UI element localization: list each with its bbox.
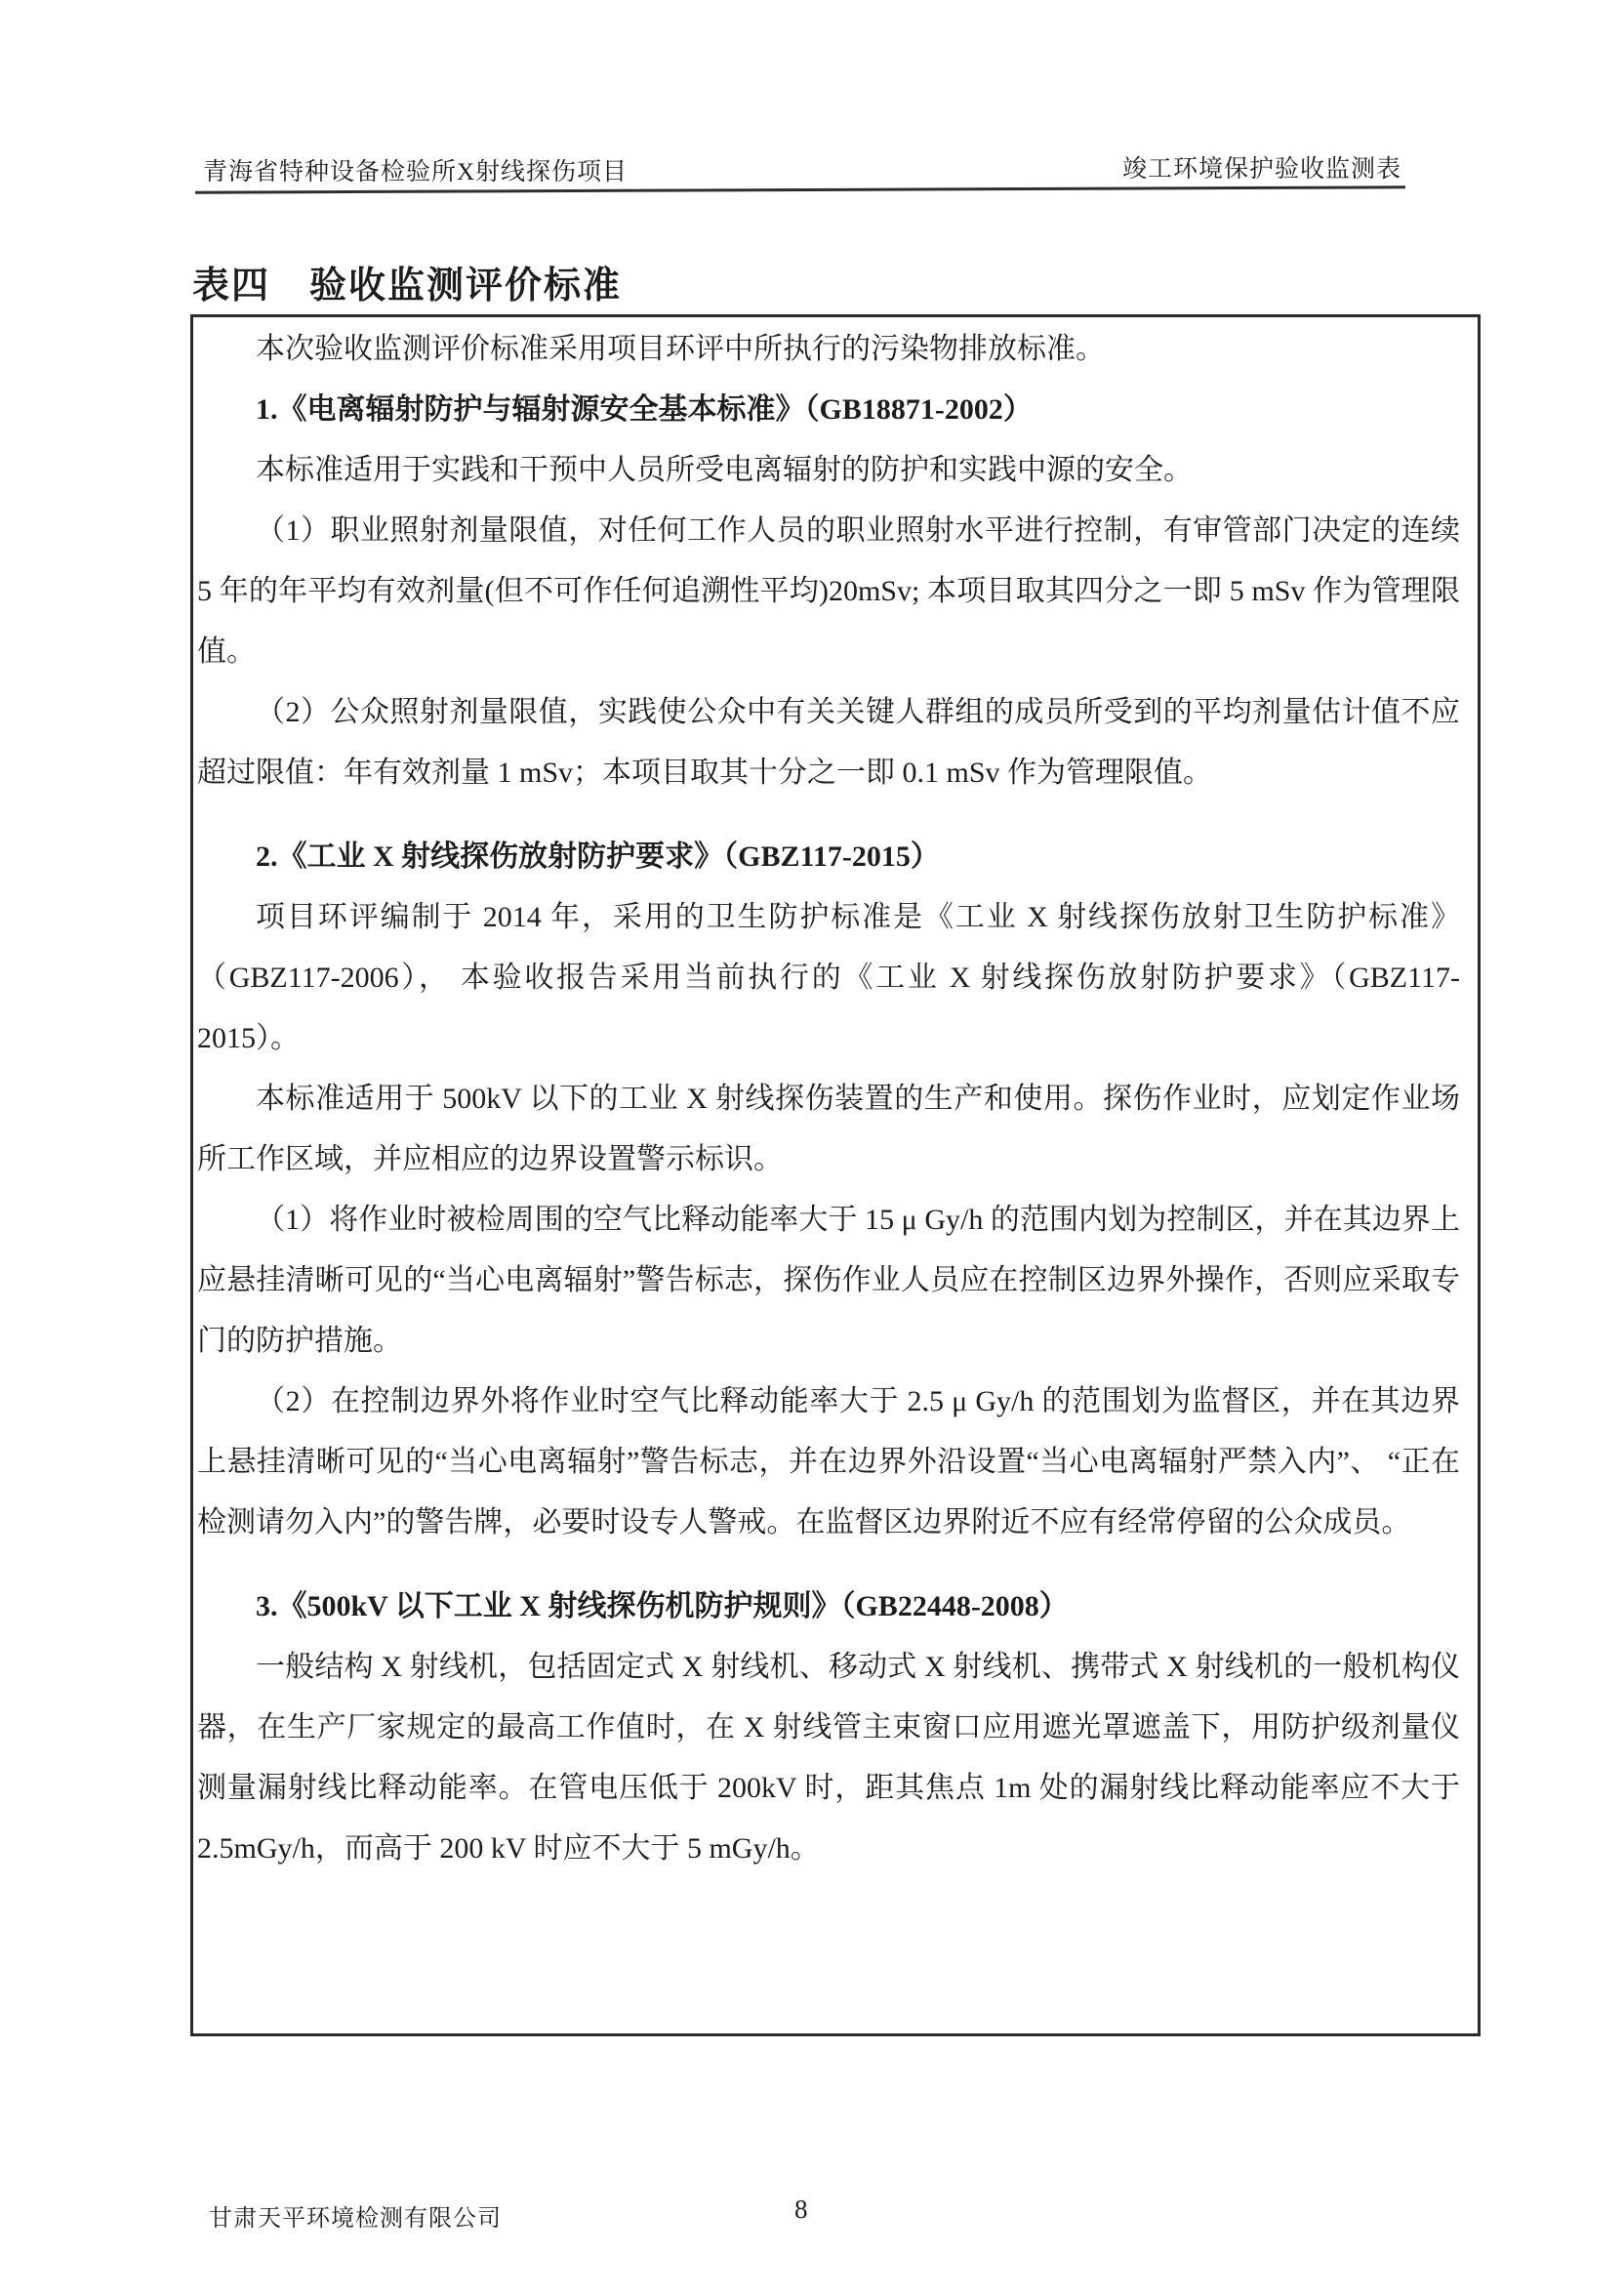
standard-2-item-2: （2）在控制边界外将作业时空气比释动能率大于 2.5 μ Gy/h 的范围划为监… bbox=[197, 1372, 1460, 1553]
footer-company-name: 甘肃天平环境检测有限公司 bbox=[209, 2198, 502, 2233]
standard-1-item-2: （2）公众照射剂量限值，实践使公众中有关关键人群组的成员所受到的平均剂量估计值不… bbox=[197, 682, 1460, 803]
header-project-name: 青海省特种设备检验所X射线探伤项目 bbox=[203, 152, 628, 187]
page-title: 表四 验收监测评价标准 bbox=[192, 255, 622, 308]
header-document-name: 竣工环境保护验收监测表 bbox=[1122, 149, 1401, 184]
standard-1-scope: 本标准适用于实践和干预中人员所受电离辐射的防护和实践中源的安全。 bbox=[197, 440, 1460, 501]
standard-3-heading: 3.《500kV 以下工业 X 射线探伤机防护规则》（GB22448-2008） bbox=[197, 1577, 1460, 1637]
standard-1-item-1: （1）职业照射剂量限值，对任何工作人员的职业照射水平进行控制，有审管部门决定的连… bbox=[197, 501, 1460, 682]
standard-2-item-1: （1）将作业时被检周围的空气比释动能率大于 15 μ Gy/h 的范围内划为控制… bbox=[197, 1190, 1460, 1372]
intro-paragraph: 本次验收监测评价标准采用项目环评中所执行的污染物排放标准。 bbox=[197, 319, 1460, 380]
standard-2-heading: 2.《工业 X 射线探伤放射防护要求》（GBZ117-2015） bbox=[197, 827, 1460, 887]
standards-box: 本次验收监测评价标准采用项目环评中所执行的污染物排放标准。 1.《电离辐射防护与… bbox=[190, 314, 1481, 2036]
standard-2-scope: 本标准适用于 500kV 以下的工业 X 射线探伤装置的生产和使用。探伤作业时，… bbox=[197, 1069, 1460, 1190]
document-page: 青海省特种设备检验所X射线探伤项目 竣工环境保护验收监测表 表四 验收监测评价标… bbox=[0, 0, 1624, 2296]
standard-1-heading: 1.《电离辐射防护与辐射源安全基本标准》（GB18871-2002） bbox=[197, 380, 1460, 440]
footer-page-number: 8 bbox=[794, 2194, 808, 2225]
standard-2-background: 项目环评编制于 2014 年，采用的卫生防护标准是《工业 X 射线探伤放射卫生防… bbox=[197, 887, 1460, 1069]
standard-3-requirements: 一般结构 X 射线机，包括固定式 X 射线机、移动式 X 射线机、携带式 X 射… bbox=[197, 1637, 1460, 1879]
